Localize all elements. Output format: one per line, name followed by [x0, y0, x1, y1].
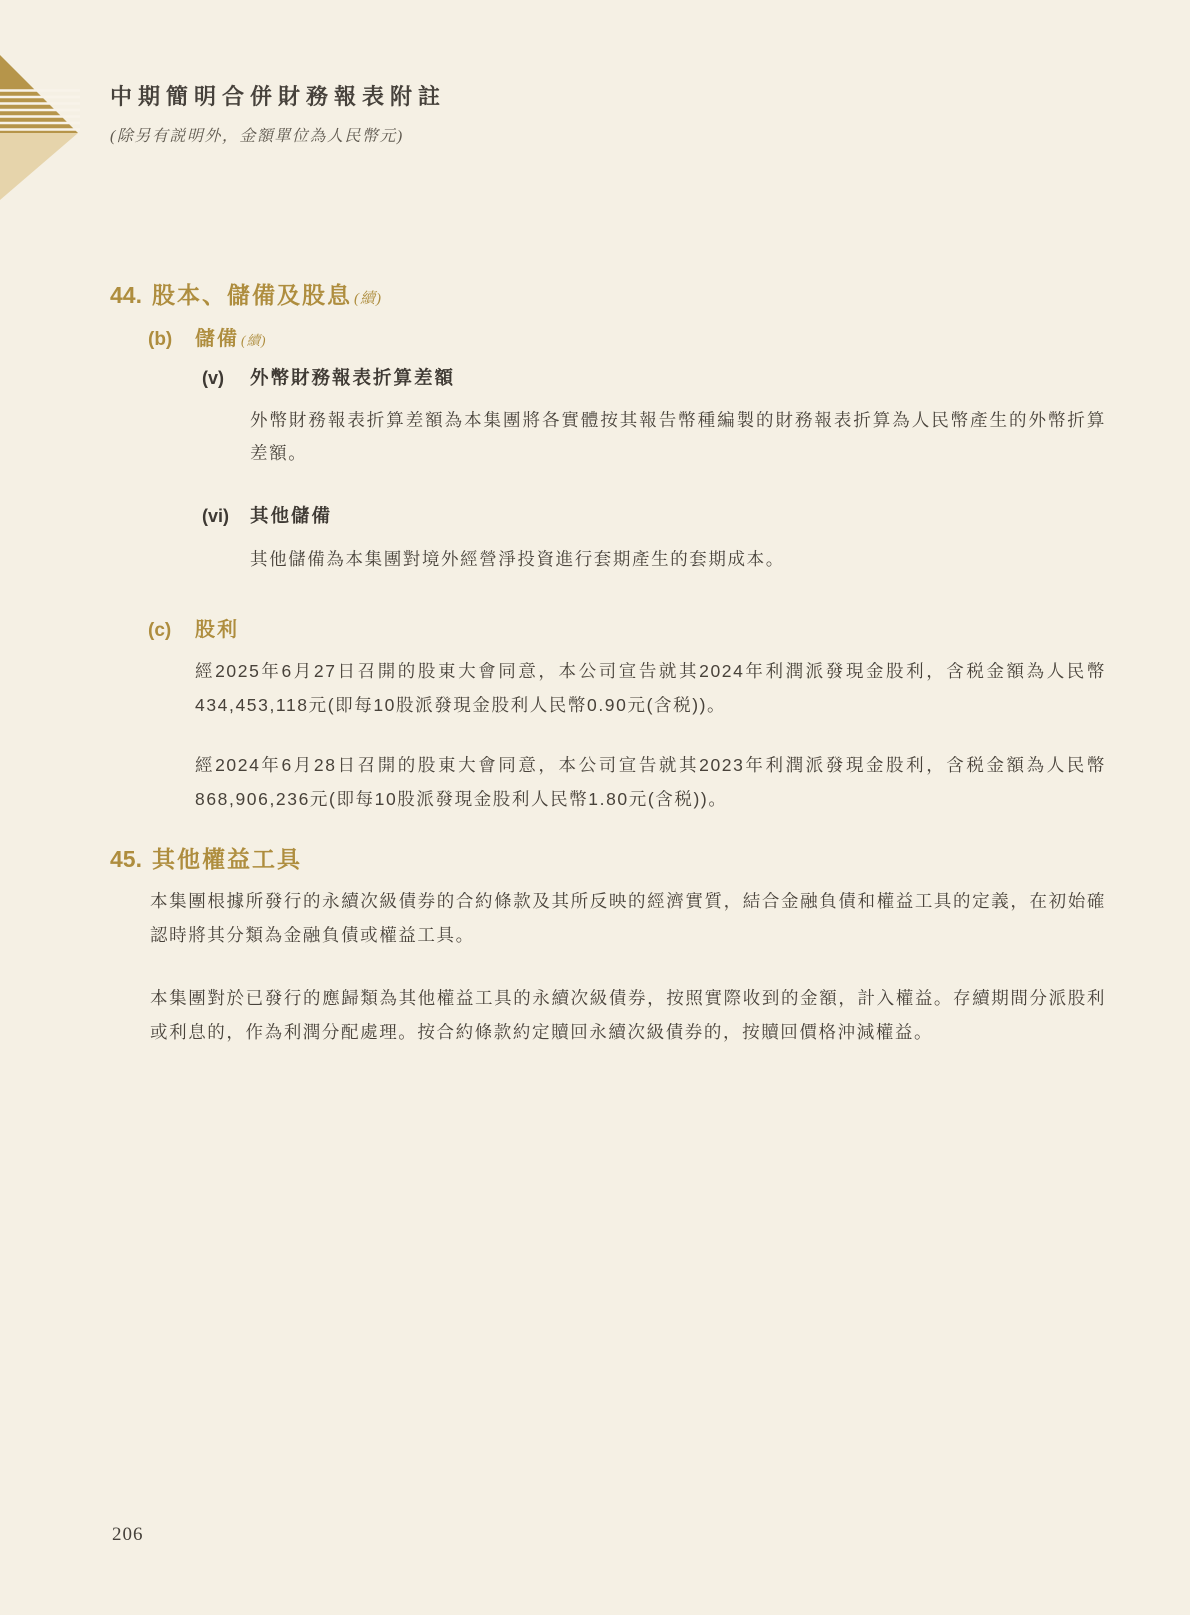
- dividend-2024-paragraph: 經2025年6月27日召開的股東大會同意，本公司宣告就其2024年利潤派發現金股…: [195, 654, 1106, 722]
- currency-note: (除另有説明外，金額單位為人民幣元): [110, 123, 446, 146]
- subsection-b-heading: (b) 儲備 (續): [148, 322, 267, 351]
- subsection-c-title: 股利: [195, 613, 239, 642]
- subsection-c-heading: (c) 股利: [148, 613, 239, 642]
- item-vi-title: 其他儲備: [250, 502, 332, 528]
- report-title: 中期簡明合併財務報表附註: [110, 80, 446, 111]
- subsection-b-continued-label: (續): [239, 329, 267, 349]
- corner-decoration-icon: [0, 52, 80, 202]
- subsection-b-title: 儲備: [195, 322, 239, 351]
- item-vi-body: 其他儲備為本集團對境外經營淨投資進行套期產生的套期成本。: [250, 543, 1106, 576]
- section-44-title: 股本、儲備及股息: [152, 277, 352, 310]
- document-header: 中期簡明合併財務報表附註 (除另有説明外，金額單位為人民幣元): [110, 80, 446, 146]
- section-44-number: 44.: [110, 282, 152, 309]
- subsection-c-label: (c): [148, 620, 195, 642]
- item-v-heading: (v) 外幣財務報表折算差額: [202, 364, 455, 390]
- section-45-paragraph-1: 本集團根據所發行的永續次級債券的合約條款及其所反映的經濟實質，結合金融負債和權益…: [150, 884, 1106, 952]
- page-number: 206: [112, 1524, 144, 1546]
- section-44-heading: 44. 股本、儲備及股息 (續): [110, 277, 382, 310]
- item-vi-heading: (vi) 其他儲備: [202, 502, 332, 528]
- section-45-paragraph-2: 本集團對於已發行的應歸類為其他權益工具的永續次級債券，按照實際收到的金額，計入權…: [150, 981, 1106, 1049]
- section-45-heading: 45. 其他權益工具: [110, 841, 302, 874]
- item-v-title: 外幣財務報表折算差額: [250, 364, 455, 390]
- subsection-b-label: (b): [148, 329, 195, 351]
- document-page: 中期簡明合併財務報表附註 (除另有説明外，金額單位為人民幣元) 44. 股本、儲…: [0, 0, 1190, 1615]
- section-45-title: 其他權益工具: [152, 841, 302, 874]
- item-v-label: (v): [202, 368, 250, 389]
- section-44-continued-label: (續): [352, 287, 382, 308]
- item-v-body: 外幣財務報表折算差額為本集團將各實體按其報告幣種編製的財務報表折算為人民幣產生的…: [250, 404, 1106, 470]
- dividend-2023-paragraph: 經2024年6月28日召開的股東大會同意，本公司宣告就其2023年利潤派發現金股…: [195, 748, 1106, 816]
- section-45-number: 45.: [110, 846, 152, 873]
- item-vi-label: (vi): [202, 506, 250, 527]
